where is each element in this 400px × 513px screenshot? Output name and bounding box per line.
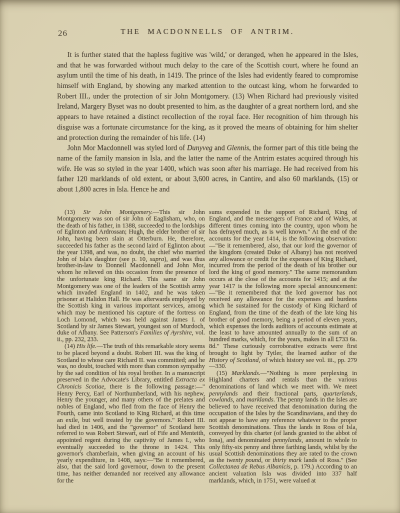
- footnote-14-part1: (14) His life.—The truth of this remarka…: [57, 343, 205, 484]
- page-number: 26: [58, 28, 68, 38]
- book-page: 26 THE MACDONNELLS OF ANTRIM. It is furt…: [0, 0, 400, 513]
- paragraph: It is further stated that the hapless fu…: [57, 50, 358, 143]
- paragraph: John Mor Macdonnell was styled lord of D…: [57, 143, 358, 195]
- footnote-14-part2: sums expended in the support of Richard,…: [209, 209, 357, 370]
- footnote-13: (13) Sir John Montgomery.—This sir John …: [57, 209, 205, 343]
- footnotes-right-column: sums expended in the support of Richard,…: [209, 209, 357, 484]
- footnote-15: (15) Marklands.—"Nothing is more perplex…: [209, 370, 357, 484]
- running-header: 26 THE MACDONNELLS OF ANTRIM.: [57, 27, 358, 39]
- body-text: It is further stated that the hapless fu…: [57, 50, 358, 195]
- footnotes-left-column: (13) Sir John Montgomery.—This sir John …: [57, 209, 205, 484]
- running-title: THE MACDONNELLS OF ANTRIM.: [57, 27, 358, 36]
